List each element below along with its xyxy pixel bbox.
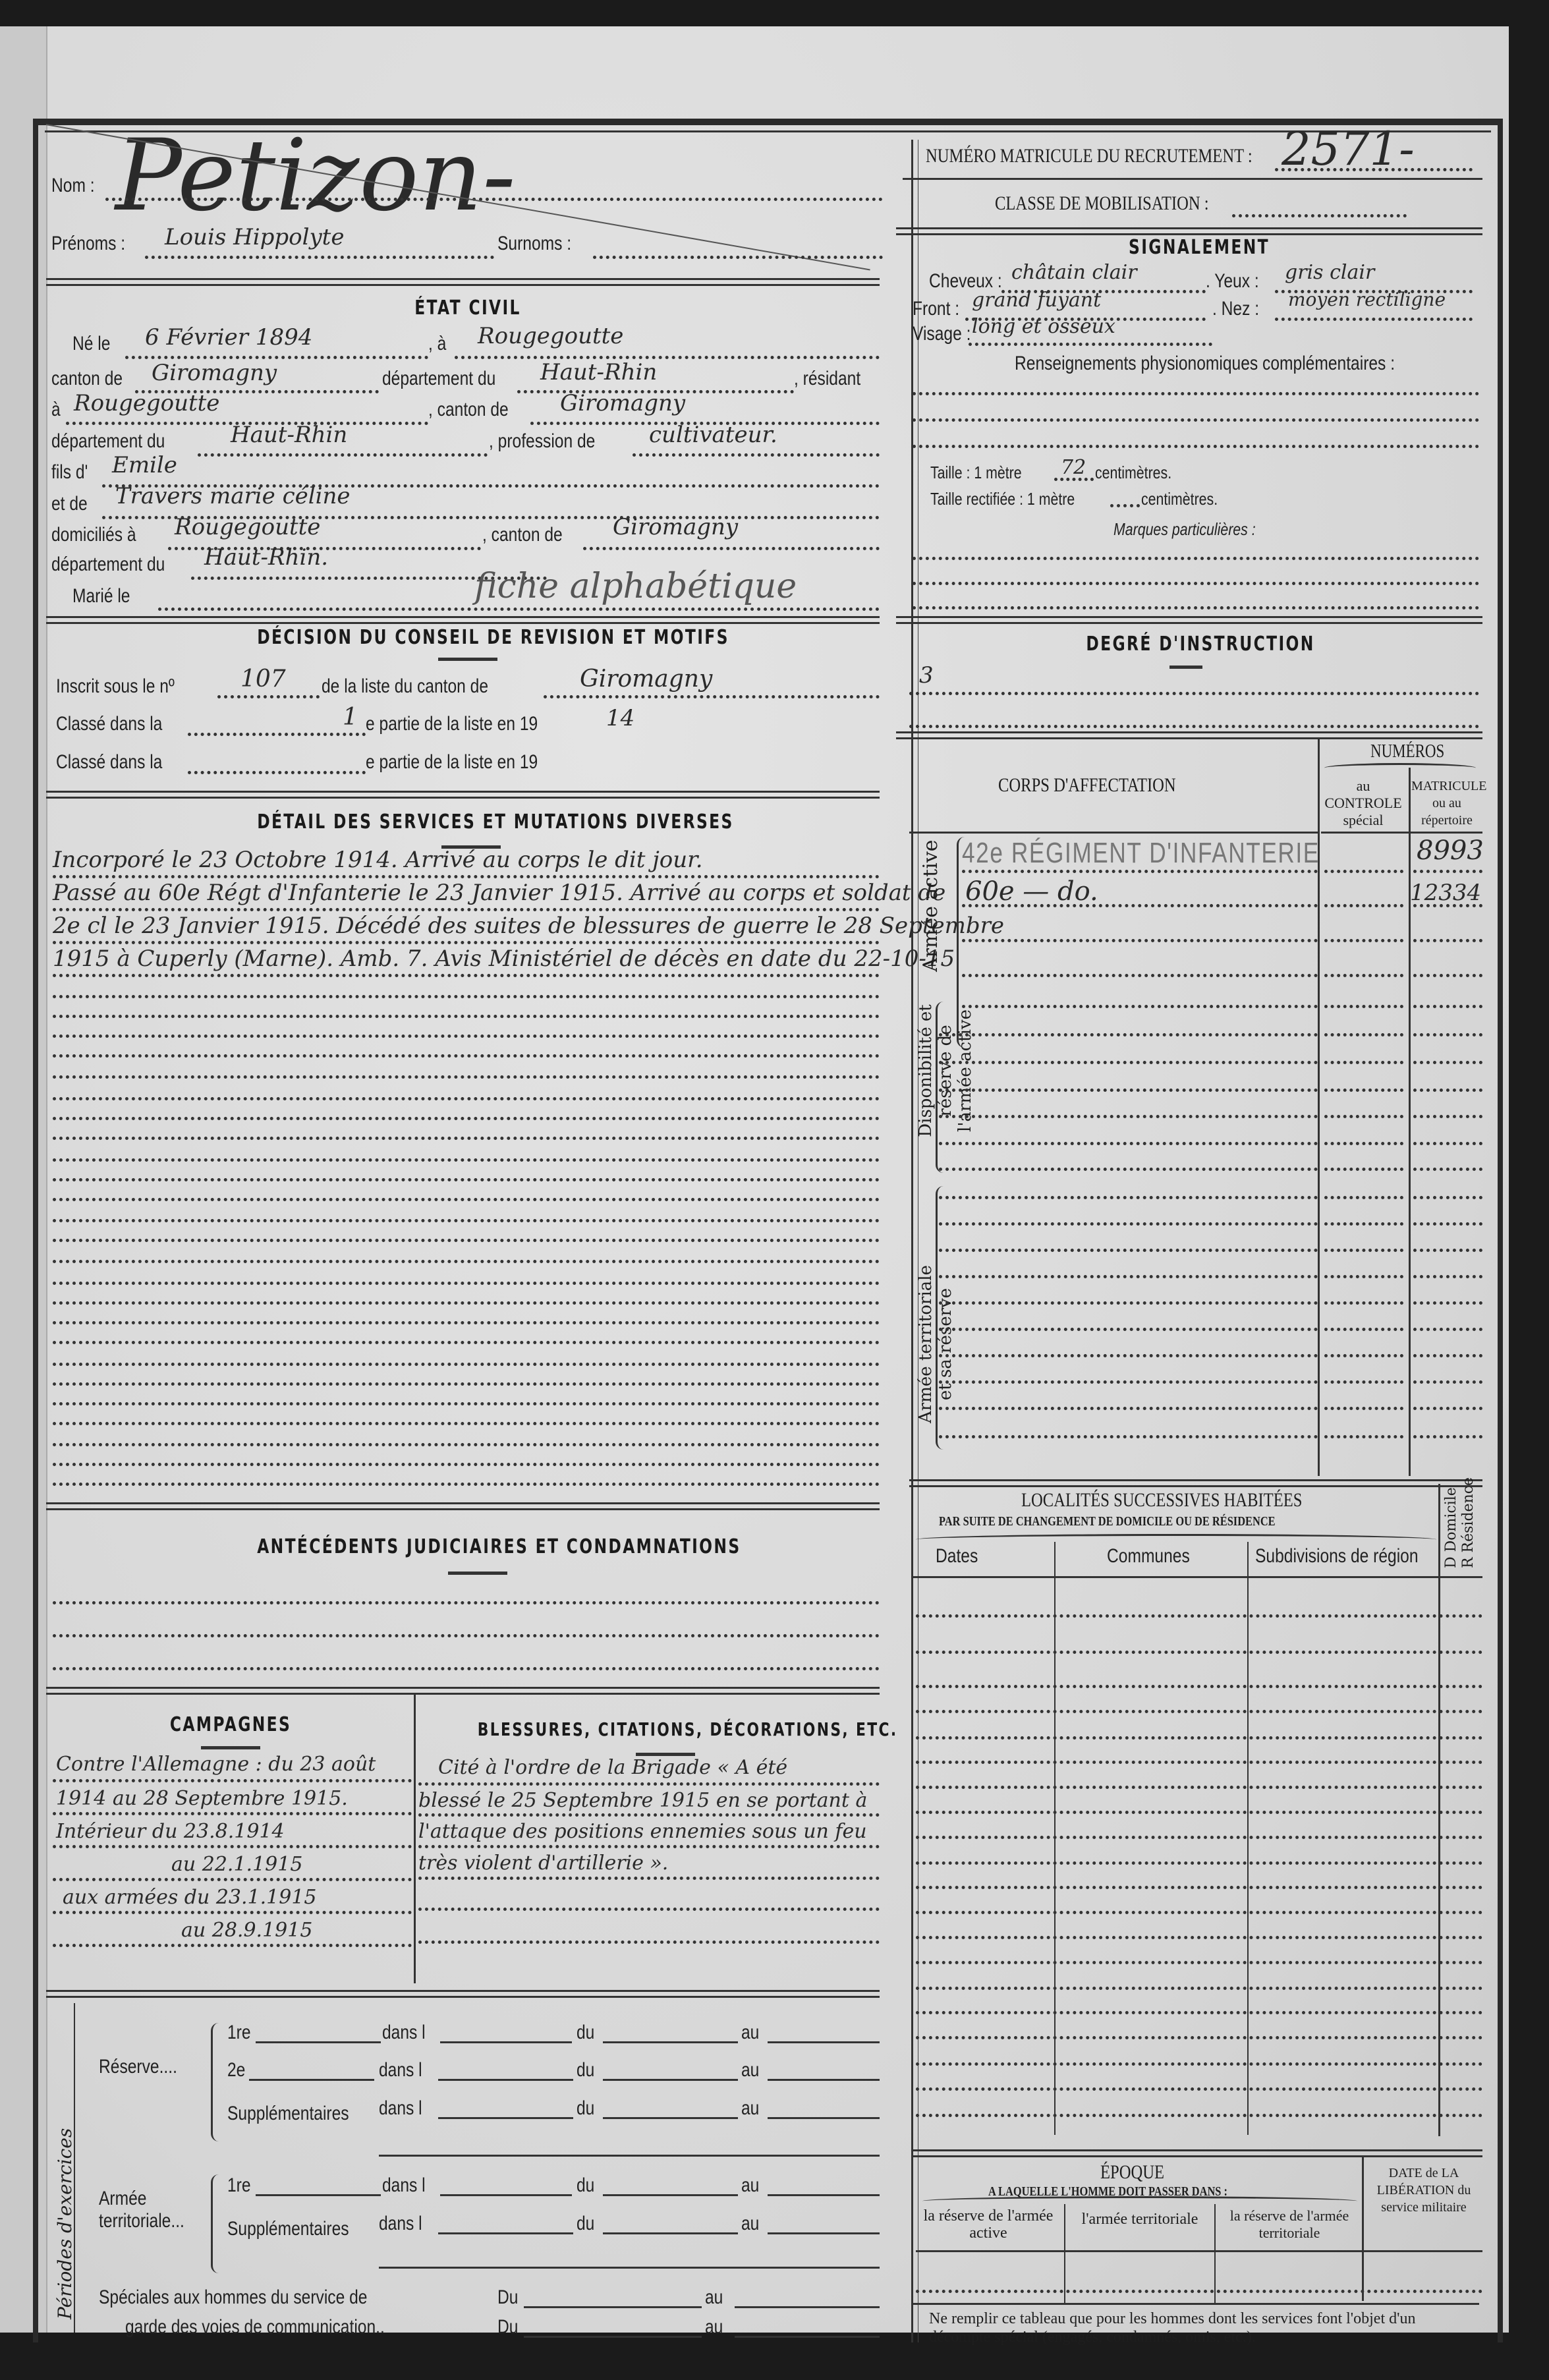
line xyxy=(1413,1222,1482,1226)
territoriale-supplementaires: Supplémentaires xyxy=(227,2217,325,2241)
blank-line xyxy=(53,1260,880,1263)
blank-line xyxy=(53,1178,880,1181)
classe1-year: 14 xyxy=(606,705,634,731)
numeros-title: NUMÉROS xyxy=(1370,741,1444,762)
line xyxy=(1413,1407,1482,1410)
line xyxy=(913,582,1479,585)
line xyxy=(939,1168,1318,1171)
line xyxy=(1413,1354,1482,1357)
line xyxy=(633,453,880,457)
classe1-label: Classé dans la xyxy=(56,713,162,735)
campagne-line-1: Contre l'Allemagne : du 23 août xyxy=(56,1753,376,1776)
blank-line xyxy=(53,1137,880,1140)
au-label: au xyxy=(705,2286,723,2309)
blessure-line-4: très violent d'artillerie ». xyxy=(418,1852,668,1875)
dans-label: dans l xyxy=(379,2097,422,2120)
blessure-line-1: Cité à l'ordre de la Brigade « A été xyxy=(438,1756,787,1779)
line xyxy=(379,2155,880,2157)
blank-line xyxy=(53,1634,880,1637)
profession-label: , profession de xyxy=(489,430,595,453)
page-right-edge xyxy=(1509,0,1549,2380)
dom-dept-label: département du xyxy=(51,553,165,576)
section-divider xyxy=(46,616,880,624)
taille-rectifiee-label: Taille rectifiée : 1 mètre xyxy=(930,489,1075,509)
line xyxy=(1413,939,1482,942)
line xyxy=(188,771,366,774)
line xyxy=(1324,1061,1403,1064)
blank-line xyxy=(53,1363,880,1366)
canton-value: Giromagny xyxy=(152,360,277,386)
blank-line xyxy=(53,1402,880,1405)
blank-line xyxy=(53,1667,880,1670)
line xyxy=(913,445,1479,448)
line xyxy=(438,2232,573,2234)
du-label: du xyxy=(577,2022,594,2044)
line xyxy=(1324,870,1403,873)
domicilies-label: domiciliés à xyxy=(51,524,136,546)
blank-line xyxy=(53,1483,880,1486)
line xyxy=(1413,1275,1482,1278)
campagnes-title: CAMPAGNES xyxy=(128,1713,333,1736)
line xyxy=(939,1089,1318,1092)
line xyxy=(1413,1435,1482,1438)
line xyxy=(53,1911,412,1914)
table-column-line xyxy=(1214,2204,1216,2303)
instruction-title: DEGRÉ D'INSTRUCTION xyxy=(1086,633,1312,656)
title-underline xyxy=(1169,666,1202,669)
du-label: du xyxy=(577,2059,594,2082)
line xyxy=(1324,1005,1403,1008)
line xyxy=(53,1845,412,1848)
line xyxy=(1413,1249,1482,1252)
line xyxy=(962,870,1318,873)
line xyxy=(1324,1222,1403,1226)
line xyxy=(1324,904,1403,907)
instruction-value: 3 xyxy=(919,662,934,689)
reserve-label: Réserve.... xyxy=(99,2056,177,2078)
line xyxy=(939,1033,1318,1036)
blessure-line-2: blessé le 25 Septembre 1915 en se portan… xyxy=(418,1789,867,1812)
surnoms-line xyxy=(593,256,883,259)
corps-row-2: 60e — do. xyxy=(965,876,1098,907)
line xyxy=(939,1061,1318,1064)
line xyxy=(916,1736,1482,1740)
residant-dept-value: Haut-Rhin xyxy=(231,422,347,448)
line xyxy=(768,2041,880,2043)
line xyxy=(1324,939,1403,942)
line xyxy=(1110,504,1140,507)
classe2-label: Classé dans la xyxy=(56,751,162,774)
blank-line xyxy=(53,1015,880,1018)
line xyxy=(1324,1168,1403,1171)
departement-value: Haut-Rhin xyxy=(540,359,657,385)
line xyxy=(1275,318,1473,321)
line xyxy=(939,1380,1318,1384)
territoriale-label: Armée territoriale... xyxy=(99,2188,190,2232)
line xyxy=(916,1710,1482,1713)
residant-canton-label: , canton de xyxy=(428,399,509,421)
line xyxy=(962,974,1318,977)
yeux-label: . Yeux : xyxy=(1206,270,1259,293)
section-divider xyxy=(46,1687,880,1695)
section-divider xyxy=(896,616,1482,624)
line xyxy=(916,1961,1482,1964)
column-separator xyxy=(911,140,913,2379)
line xyxy=(440,2041,572,2043)
profession-value: cultivateur. xyxy=(649,422,777,448)
line xyxy=(524,2306,702,2308)
cheveux-value: châtain clair xyxy=(1011,261,1137,284)
campagne-line-4: au 22.1.1915 xyxy=(171,1853,302,1876)
line xyxy=(939,1249,1318,1252)
service-line-4: 1915 à Cuperly (Marne). Amb. 7. Avis Min… xyxy=(53,946,955,972)
speciales-line-1: Spéciales aux hommes du service de xyxy=(99,2286,367,2309)
line xyxy=(1275,168,1473,171)
dans-label: dans l xyxy=(379,2059,422,2082)
inscrit-value: 107 xyxy=(240,666,286,693)
blank-line xyxy=(53,1382,880,1386)
line xyxy=(1324,1407,1403,1410)
inscrit-label: Inscrit sous le nº xyxy=(56,675,175,698)
line xyxy=(735,2336,880,2338)
line xyxy=(916,2062,1482,2066)
residant-label: , résidant xyxy=(794,368,860,390)
divider xyxy=(913,2303,1479,2305)
dom-dept-value: Haut-Rhin. xyxy=(204,544,328,571)
line xyxy=(939,1407,1318,1410)
residant-value: Rougegoutte xyxy=(74,390,219,416)
col-date-liberation: DATE de LA LIBÉRATION du service militai… xyxy=(1365,2165,1482,2216)
title-underline xyxy=(201,1746,260,1749)
brace xyxy=(211,2023,219,2141)
au-label: au xyxy=(705,2316,723,2338)
au-label: au xyxy=(741,2059,759,2082)
line xyxy=(53,1944,412,1947)
line xyxy=(916,1761,1482,1764)
dom-canton-value: Giromagny xyxy=(613,514,738,540)
line xyxy=(913,418,1479,422)
line xyxy=(418,1908,880,1911)
header-line xyxy=(916,2250,1482,2252)
liste-label: de la liste du canton de xyxy=(322,675,488,698)
line xyxy=(418,1782,880,1786)
line xyxy=(916,2290,1482,2293)
services-title: DÉTAIL DES SERVICES ET MUTATIONS DIVERSE… xyxy=(257,810,679,834)
blank-line xyxy=(53,1341,880,1344)
header-line xyxy=(1321,832,1482,834)
line xyxy=(53,941,880,944)
taille-suffix: centimètres. xyxy=(1095,463,1171,483)
brace xyxy=(211,2174,219,2273)
line xyxy=(735,2306,880,2308)
a-label: , à xyxy=(428,333,446,355)
line xyxy=(217,695,320,698)
localites-title: LOCALITÉS SUCCESSIVES HABITÉES xyxy=(1021,1489,1302,1512)
line xyxy=(916,1987,1482,1990)
line xyxy=(249,2079,374,2081)
blank-line xyxy=(53,1601,880,1604)
prenoms-label: Prénoms : xyxy=(51,233,125,255)
line xyxy=(188,733,366,736)
territoriale-1re: 1re xyxy=(227,2174,251,2197)
table-column-line xyxy=(1362,2156,1364,2301)
line xyxy=(603,2194,738,2196)
front-label: Front : xyxy=(913,298,959,320)
section-divider xyxy=(896,227,1482,235)
reserve-2e: 2e xyxy=(227,2059,245,2082)
speciales-line-2: garde des voies de communication.. xyxy=(125,2316,385,2338)
line xyxy=(768,2194,880,2196)
line xyxy=(1413,1142,1482,1145)
epoque-note: Ne remplir ce tableau que pour les homme… xyxy=(929,2309,1476,2346)
campagne-line-3: Intérieur du 23.8.1914 xyxy=(56,1820,285,1843)
line xyxy=(916,1836,1482,1839)
line xyxy=(418,1941,880,1944)
ne-le-label: Né le xyxy=(72,333,110,355)
line xyxy=(53,908,880,911)
line xyxy=(198,453,488,457)
line xyxy=(418,1813,880,1817)
nez-value: moyen rectiligne xyxy=(1288,289,1446,310)
reserve-supplementaires: Supplémentaires xyxy=(227,2102,325,2126)
line xyxy=(768,2232,880,2234)
line xyxy=(939,1196,1318,1199)
line xyxy=(1413,1061,1482,1064)
line xyxy=(916,1886,1482,1889)
line xyxy=(913,606,1479,609)
classe-mobilisation-label: CLASSE DE MOBILISATION : xyxy=(995,192,1209,215)
line xyxy=(1413,1005,1482,1008)
taille-label: Taille : 1 mètre xyxy=(930,463,1022,483)
line xyxy=(440,2194,572,2196)
blank-line xyxy=(53,1117,880,1120)
col-dates-header: Dates xyxy=(936,1545,978,1568)
taille-value: 72 xyxy=(1061,456,1086,479)
line xyxy=(939,1222,1318,1226)
line xyxy=(438,2117,573,2119)
line xyxy=(379,2267,880,2269)
line xyxy=(524,2336,702,2338)
renseignements-label: Renseignements physionomiques complément… xyxy=(1015,353,1395,375)
corps-row-1: 42e RÉGIMENT D'INFANTERIE xyxy=(962,837,1320,870)
speciales-du-2: Du xyxy=(497,2316,518,2338)
line xyxy=(939,1142,1318,1145)
line xyxy=(53,1812,412,1815)
armee-active-label: Armée active xyxy=(919,839,942,972)
etat-civil-title: ÉTAT CIVIL xyxy=(360,297,576,320)
departement-label: département du xyxy=(382,368,495,390)
line xyxy=(909,692,1479,695)
line xyxy=(1324,1354,1403,1357)
col-reserve-active: la réserve de l'armée active xyxy=(916,2207,1061,2242)
line xyxy=(53,1779,412,1782)
title-underline xyxy=(438,658,497,661)
domicilies-value: Rougegoutte xyxy=(175,514,320,540)
prenoms-value: Louis Hippolyte xyxy=(165,224,344,250)
epoque-title: ÉPOQUE xyxy=(1100,2161,1164,2184)
service-line-1: Incorporé le 23 Octobre 1914. Arrivé au … xyxy=(53,847,703,873)
campagne-line-5: aux armées du 23.1.1915 xyxy=(63,1886,317,1909)
nom-line xyxy=(105,198,883,201)
line xyxy=(603,2117,738,2119)
line xyxy=(1324,1380,1403,1384)
mere-label: et de xyxy=(51,493,88,515)
blank-line xyxy=(53,1321,880,1324)
blank-line xyxy=(53,1443,880,1446)
line xyxy=(53,1878,412,1881)
blank-line xyxy=(53,1422,880,1425)
localites-subtitle: PAR SUITE DE CHANGEMENT DE DOMICILE OU D… xyxy=(939,1514,1276,1529)
fils-label: fils d' xyxy=(51,461,88,484)
dans-label: dans l xyxy=(379,2213,422,2235)
page-bottom-shadow xyxy=(0,2342,1549,2380)
section-divider xyxy=(46,1502,880,1510)
line xyxy=(909,725,1479,728)
yeux-value: gris clair xyxy=(1285,261,1374,284)
line xyxy=(1054,478,1094,481)
periodes-side-label: Périodes d'exercices xyxy=(54,2128,76,2319)
prenoms-line xyxy=(145,256,494,259)
matricule-label: NUMÉRO MATRICULE DU RECRUTEMENT : xyxy=(926,145,1253,167)
line xyxy=(913,392,1479,395)
dans-label: dans l xyxy=(382,2174,426,2197)
residant-dept-label: département du xyxy=(51,430,165,453)
blank-line xyxy=(53,1198,880,1201)
line xyxy=(916,2087,1482,2091)
matricule-row-1: 8993 xyxy=(1417,836,1484,866)
du-label: du xyxy=(577,2097,594,2120)
antecedents-title: ANTÉCÉDENTS JUDICIAIRES ET CONDAMNATIONS xyxy=(257,1535,679,1558)
section-divider xyxy=(46,1990,880,1998)
col-armee-territoriale: l'armée territoriale xyxy=(1067,2211,1212,2228)
section-divider xyxy=(46,278,880,286)
residant-canton-value: Giromagny xyxy=(560,390,685,416)
line xyxy=(1413,904,1482,907)
line xyxy=(1324,1196,1403,1199)
line xyxy=(962,939,1318,942)
line xyxy=(1324,974,1403,977)
epoque-brace xyxy=(922,2196,1357,2206)
blank-line xyxy=(53,1097,880,1100)
divider xyxy=(903,178,1482,180)
line xyxy=(544,695,880,698)
visage-value: long et osseux xyxy=(972,315,1115,338)
section-divider xyxy=(46,791,880,799)
line xyxy=(1324,1033,1403,1036)
line xyxy=(962,904,1318,907)
blank-line xyxy=(53,1301,880,1305)
service-line-3: 2e cl le 23 Janvier 1915. Décédé des sui… xyxy=(53,913,1004,939)
line xyxy=(939,1435,1318,1438)
line xyxy=(1413,1168,1482,1171)
blank-line xyxy=(53,1239,880,1242)
au-label: au xyxy=(741,2022,759,2044)
line xyxy=(1413,1301,1482,1305)
col-dr-header: D Domicile R Résidence xyxy=(1443,1476,1477,1568)
header-line xyxy=(913,1576,1482,1578)
campagne-line-6: au 28.9.1915 xyxy=(181,1919,312,1942)
line xyxy=(939,1301,1318,1305)
line xyxy=(939,1275,1318,1278)
table-column-line xyxy=(1064,2204,1065,2303)
col-controle-header: au CONTROLE spécial xyxy=(1321,778,1405,829)
line xyxy=(916,2036,1482,2039)
marques-label: Marques particulières : xyxy=(1113,519,1256,540)
line xyxy=(1324,1275,1403,1278)
blank-line xyxy=(53,1463,880,1466)
territoriale-reserve-label: Armée territoriale et sa réserve xyxy=(916,1259,955,1430)
line xyxy=(939,1354,1318,1357)
blank-line xyxy=(53,1054,880,1058)
title-underline xyxy=(448,1572,507,1575)
localites-brace xyxy=(916,1534,1436,1545)
line xyxy=(1413,1196,1482,1199)
line xyxy=(916,1811,1482,1814)
line xyxy=(1324,1328,1403,1331)
col-subdivisions-header: Subdivisions de région xyxy=(1255,1545,1419,1568)
line xyxy=(418,1845,880,1848)
line xyxy=(158,608,880,611)
classe1-suffix: e partie de la liste en 19 xyxy=(366,713,538,735)
nez-label: . Nez : xyxy=(1212,298,1259,320)
surnoms-label: Surnoms : xyxy=(497,233,571,255)
line xyxy=(418,1877,880,1880)
corps-title: CORPS D'AFFECTATION xyxy=(998,774,1176,797)
blank-line xyxy=(53,1158,880,1162)
line xyxy=(603,2079,738,2081)
line xyxy=(1413,1033,1482,1036)
decision-title: DÉCISION DU CONSEIL DE REVISION ET MOTIF… xyxy=(257,626,679,649)
au-label: au xyxy=(741,2174,759,2197)
line xyxy=(1413,1328,1482,1331)
line xyxy=(438,2079,573,2081)
line xyxy=(53,974,880,977)
au-label: au xyxy=(741,2213,759,2235)
classe2-suffix: e partie de la liste en 19 xyxy=(366,751,538,774)
section-divider xyxy=(896,731,1482,739)
au-label: au xyxy=(741,2097,759,2120)
dans-label: dans l xyxy=(382,2022,426,2044)
du-label: du xyxy=(577,2174,594,2197)
blank-line xyxy=(53,1219,880,1222)
line xyxy=(1413,1115,1482,1118)
line xyxy=(916,2114,1482,2117)
liste-value: Giromagny xyxy=(580,666,712,693)
nom-value: Petizon- xyxy=(115,119,516,233)
line xyxy=(916,1936,1482,1939)
ne-le-value: 6 Février 1894 xyxy=(145,324,312,351)
dom-canton-label: , canton de xyxy=(482,524,563,546)
mere-value: Travers marie céline xyxy=(115,483,351,509)
blank-line xyxy=(53,1034,880,1038)
canton-label: canton de xyxy=(51,368,123,390)
line xyxy=(962,1005,1318,1008)
line xyxy=(939,1328,1318,1331)
service-line-2: Passé au 60e Régt d'Infanterie le 23 Jan… xyxy=(53,880,945,906)
blank-line xyxy=(53,1075,880,1079)
line xyxy=(1232,214,1407,217)
du-label: du xyxy=(577,2213,594,2235)
col-communes-header: Communes xyxy=(1107,1545,1190,1568)
line xyxy=(768,2117,880,2119)
signalement-title: SIGNALEMENT xyxy=(1096,236,1302,259)
line xyxy=(1324,1115,1403,1118)
blessure-line-3: l'attaque des positions ennemies sous un… xyxy=(418,1820,867,1843)
reserve-1re: 1re xyxy=(227,2022,251,2044)
line xyxy=(455,356,880,359)
line xyxy=(1324,1249,1403,1252)
table-column-line xyxy=(1409,768,1411,1476)
